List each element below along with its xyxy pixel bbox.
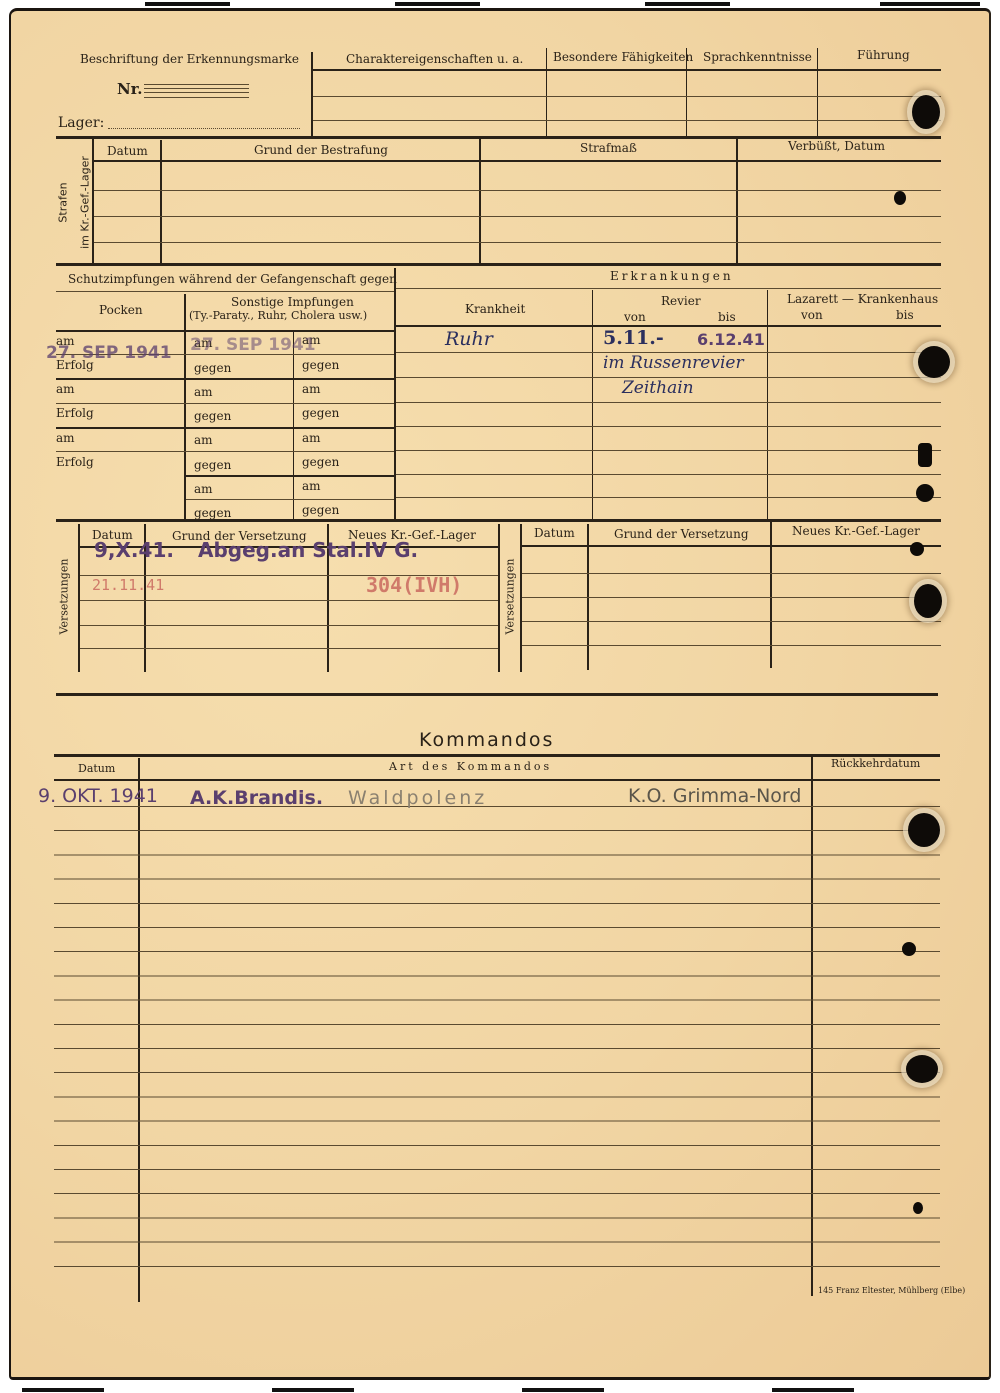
sonstige-header-2: (Ty.-Paraty., Ruhr, Cholera usw.) <box>189 309 367 323</box>
ink-spot-decoration <box>913 1202 923 1214</box>
rule <box>396 325 941 327</box>
rule <box>313 69 941 71</box>
schutzimpfungen-header: Schutzimpfungen während der Gefangenscha… <box>68 272 397 286</box>
rule <box>186 475 394 477</box>
strafen-row[interactable] <box>94 190 941 191</box>
ink-spot-decoration <box>916 484 934 502</box>
rule <box>56 451 394 452</box>
divider <box>92 138 94 264</box>
erkrankungen-row[interactable] <box>396 474 941 475</box>
versetzung-datum-stamp-2: 21.11.41 <box>92 578 164 592</box>
sonstige-label: am <box>194 385 213 399</box>
versetzungen-side-label: Versetzungen <box>504 557 517 637</box>
scan-edge-top <box>880 2 980 6</box>
krankheit-entry: Ruhr <box>445 332 493 346</box>
divider <box>293 332 294 520</box>
strafen-row[interactable] <box>94 242 941 243</box>
sonstige-label: am <box>302 479 321 493</box>
krankheit-header: Krankheit <box>465 302 525 316</box>
kommandos-title: Kommandos <box>419 729 554 751</box>
strafen-row[interactable] <box>94 216 941 217</box>
kommando-datum-stamp: 9. OKT. 1941 <box>38 785 158 807</box>
rule <box>313 120 941 121</box>
sonstige-label: gegen <box>194 458 231 472</box>
revier-note-1: im Russenrevier <box>603 356 744 370</box>
ink-spot-decoration <box>910 542 924 556</box>
punch-hole-decoration <box>912 95 940 129</box>
punch-hole-decoration <box>918 346 950 378</box>
strafen-col-datum: Datum <box>107 144 148 158</box>
erkrankungen-header: Erkrankungen <box>610 269 734 283</box>
sonstige-label: gegen <box>194 361 231 375</box>
erkrankungen-row[interactable] <box>396 402 941 403</box>
rule <box>56 403 394 404</box>
sonstige-label: am <box>302 382 321 396</box>
scan-edge-bottom <box>522 1388 604 1392</box>
pocken-label-am: am <box>56 431 75 445</box>
lazarett-von: von <box>801 308 823 322</box>
rule <box>56 519 941 522</box>
strafen-side-label: Strafen <box>57 178 70 228</box>
pocken-header: Pocken <box>99 303 143 317</box>
versetzung-col-grund: Grund der Versetzung <box>614 527 749 541</box>
versetzung-row[interactable] <box>522 621 941 622</box>
versetzung-row[interactable] <box>522 597 941 598</box>
lager-label: Lager: <box>58 116 104 130</box>
divider <box>770 522 772 668</box>
sonstige-label: am <box>194 433 213 447</box>
rule <box>56 330 394 332</box>
versetzungen-side-label: Versetzungen <box>58 557 71 637</box>
strafen-col-verbuesst: Verbüßt, Datum <box>788 139 885 153</box>
revier-bis-entry: 6.12.41 <box>697 333 765 347</box>
lazarett-header: Lazarett — Krankenhaus <box>787 292 938 306</box>
revier-von-entry: 5.11.- <box>603 331 664 345</box>
sonstige-label: gegen <box>302 358 339 372</box>
scan-edge-top <box>395 2 480 6</box>
sonstige-label: gegen <box>194 409 231 423</box>
strafen-col-grund: Grund der Bestrafung <box>254 143 388 157</box>
pocken-label-am: am <box>56 382 75 396</box>
rule <box>56 693 938 696</box>
sonstige-label: gegen <box>302 503 339 517</box>
header-sprachen: Sprachkenntnisse <box>703 50 812 64</box>
kommandos-col-datum: Datum <box>78 762 115 776</box>
ink-spot-decoration <box>894 191 906 205</box>
divider <box>736 138 738 264</box>
scan-edge-bottom <box>22 1388 104 1392</box>
divider <box>479 138 481 264</box>
kommandos-rows[interactable] <box>54 806 940 1286</box>
sonstige-header-1: Sonstige Impfungen <box>231 295 354 309</box>
rule <box>522 545 941 547</box>
rule <box>56 291 394 292</box>
divider <box>498 524 500 672</box>
erkrankungen-row[interactable] <box>396 450 941 451</box>
lazarett-bis: bis <box>896 308 914 322</box>
rule <box>56 427 394 429</box>
pocken-label-erfolg: Erfolg <box>56 406 94 420</box>
kommando-art-stamp-2: K.O. Grimma-Nord <box>628 785 801 807</box>
divider <box>184 294 186 520</box>
versetzung-col-lager: Neues Kr.-Gef.-Lager <box>792 524 920 538</box>
kommandos-col-rueckkehr: Rückkehrdatum <box>831 757 920 771</box>
erkrankungen-row[interactable] <box>396 426 941 427</box>
sonstige-label: am <box>302 431 321 445</box>
nr-field[interactable] <box>144 84 249 98</box>
revier-von: von <box>624 310 646 324</box>
rule <box>186 499 394 500</box>
ink-spot-decoration <box>918 443 932 467</box>
lager-field[interactable] <box>108 127 300 129</box>
versetzung-row[interactable] <box>80 648 498 649</box>
revier-bis: bis <box>718 310 736 324</box>
sonstige-label: gegen <box>302 406 339 420</box>
sonstige-label: gegen <box>302 455 339 469</box>
pocken-date-stamp: 27. SEP 1941 <box>46 346 172 360</box>
kommando-art-typed: Waldpolenz <box>348 787 487 809</box>
rule <box>396 288 941 289</box>
erkennungsmarke-header: Beschriftung der Erkennungsmarke <box>80 52 299 66</box>
punch-hole-decoration <box>906 1055 938 1083</box>
printer-imprint: 145 Franz Eltester, Mühlberg (Elbe) <box>818 1286 965 1296</box>
revier-note-2: Zeithain <box>622 381 694 395</box>
sonstige-label: gegen <box>194 506 231 520</box>
divider <box>817 48 818 136</box>
punch-hole-decoration <box>914 584 942 618</box>
versetzung-row[interactable] <box>80 625 498 626</box>
divider <box>311 52 313 136</box>
rule <box>54 754 940 757</box>
nr-label: Nr. <box>117 82 142 96</box>
scan-edge-top <box>645 2 730 6</box>
rule <box>56 378 394 380</box>
sonstige-date-stamp: 27. SEP 1941 <box>190 338 316 352</box>
divider <box>546 48 547 136</box>
versetzung-lager-stamp: 304(IVH) <box>366 578 462 592</box>
header-faehigkeiten: Besondere Fähigkeiten <box>553 50 693 64</box>
header-fuehrung: Führung <box>857 48 910 62</box>
rule <box>56 263 941 266</box>
rule <box>94 160 941 162</box>
scan-edge-bottom <box>772 1388 854 1392</box>
divider <box>160 140 162 264</box>
strafen-side-label-2: im Kr.-Gef.-Lager <box>79 148 92 258</box>
versetzung-row[interactable] <box>80 600 498 601</box>
versetzung-row[interactable] <box>522 573 941 574</box>
rule <box>54 779 940 781</box>
scan-edge-top <box>145 2 230 6</box>
scan-edge-bottom <box>272 1388 354 1392</box>
versetzung-row[interactable] <box>522 645 941 646</box>
versetzung-datum-stamp: 9,X.41. <box>94 543 174 557</box>
pocken-label-erfolg: Erfolg <box>56 455 94 469</box>
revier-header: Revier <box>661 294 701 308</box>
ink-spot-decoration <box>902 942 916 956</box>
versetzung-grund-stamp: Abgeg.an Stal.IV G. <box>198 543 418 557</box>
kommando-art-stamp: A.K.Brandis. <box>190 787 323 809</box>
kommandos-col-art: Art des Kommandos <box>389 760 552 774</box>
punch-hole-decoration <box>908 813 940 847</box>
strafen-col-strafmass: Strafmaß <box>580 141 637 155</box>
divider <box>394 268 396 520</box>
sonstige-label: am <box>194 482 213 496</box>
rule <box>313 96 941 97</box>
header-charakter: Charaktereigenschaften u. a. <box>346 52 523 66</box>
versetzung-col-datum: Datum <box>534 526 575 540</box>
erkrankungen-row[interactable] <box>396 497 941 498</box>
